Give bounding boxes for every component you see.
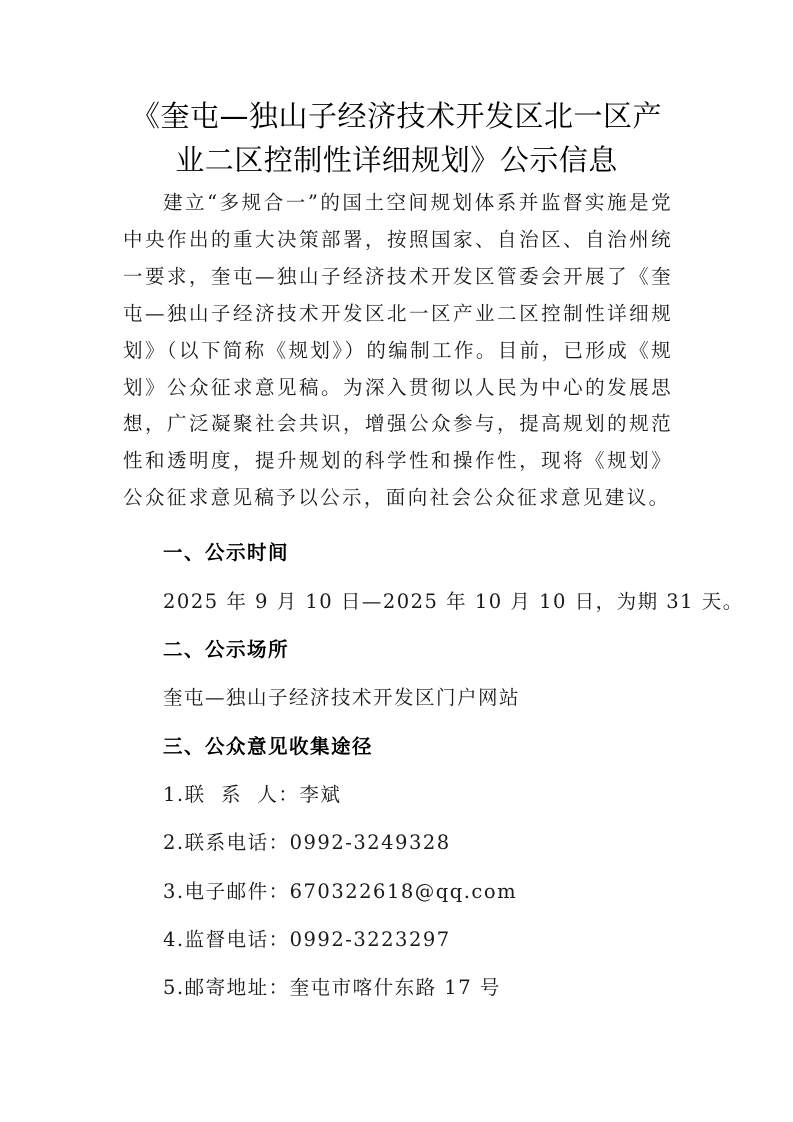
title-line-2: 业二区控制性详细规划》公示信息 bbox=[110, 138, 683, 182]
contact-person: 1.联 系 人：李斌 bbox=[163, 779, 341, 807]
contact-email: 3.电子邮件：670322618@qq.com bbox=[163, 876, 517, 904]
section-heading-feedback-channels: 三、公众意见收集途径 bbox=[163, 731, 373, 759]
document-title: 《奎屯—独山子经济技术开发区北一区产 业二区控制性详细规划》公示信息 bbox=[110, 94, 683, 182]
mailing-address: 5.邮寄地址：奎屯市喀什东路 17 号 bbox=[163, 972, 501, 1000]
contact-phone: 2.联系电话：0992-3249328 bbox=[163, 827, 451, 855]
document-page: 《奎屯—独山子经济技术开发区北一区产 业二区控制性详细规划》公示信息 建立“多规… bbox=[0, 0, 793, 1122]
title-line-1: 《奎屯—独山子经济技术开发区北一区产 bbox=[110, 94, 683, 138]
section-heading-publicity-venue: 二、公示场所 bbox=[163, 634, 289, 662]
intro-paragraph: 建立“多规合一”的国土空间规划体系并监督实施是党中央作出的重大决策部署，按照国家… bbox=[123, 185, 673, 517]
publicity-time-value: 2025 年 9 月 10 日—2025 年 10 月 10 日，为期 31 天… bbox=[163, 586, 744, 614]
section-heading-publicity-time: 一、公示时间 bbox=[163, 537, 289, 565]
publicity-venue-value: 奎屯—独山子经济技术开发区门户网站 bbox=[163, 682, 520, 710]
supervision-phone: 4.监督电话：0992-3223297 bbox=[163, 924, 451, 952]
